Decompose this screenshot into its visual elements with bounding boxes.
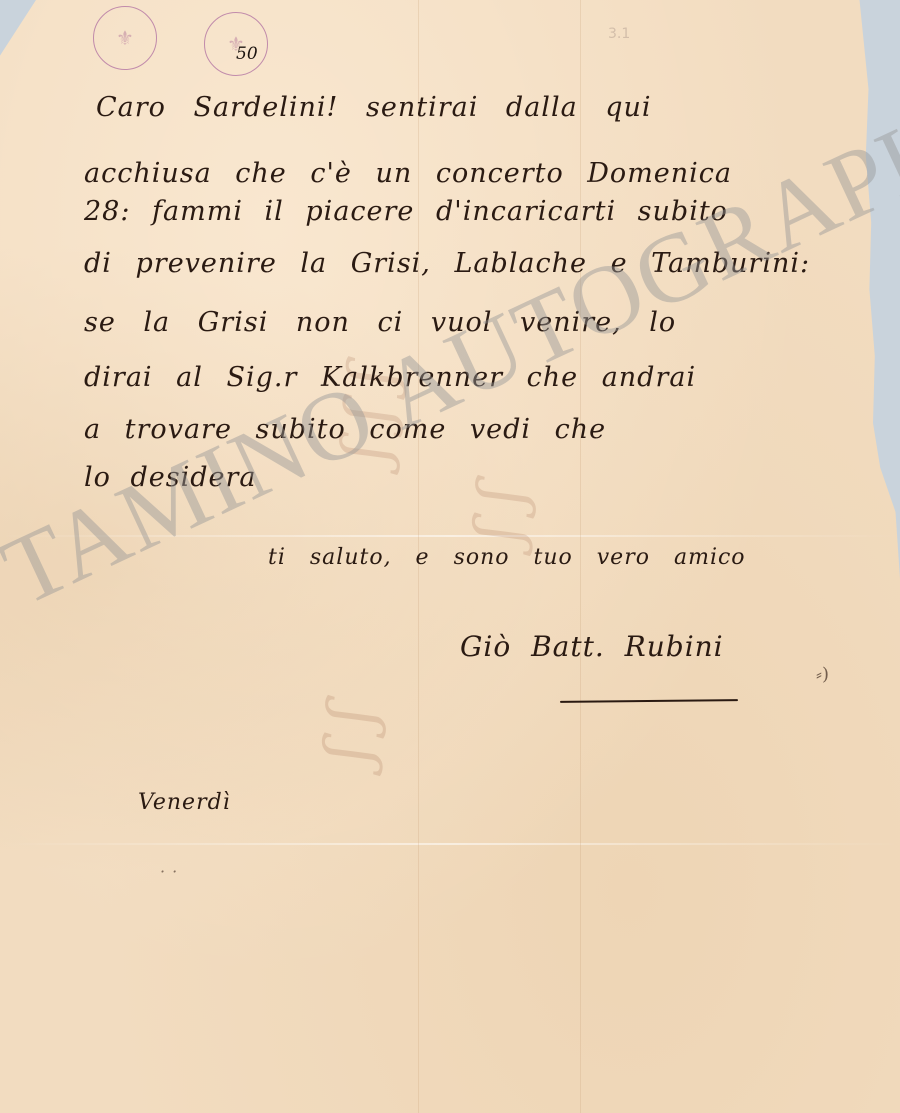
letter-line: se la Grisi non ci vuol venire, lo <box>84 307 676 338</box>
letter-line: Caro Sardelini! sentirai dalla qui <box>96 92 652 123</box>
document-scan: ʃ ʃ ʃ ʃ ʃ ʃ ʃ ⚜ ⚜ 50 3.1 Caro Sardelini!… <box>0 0 900 1113</box>
letter-line: di prevenire la Grisi, Lablache e Tambur… <box>84 248 810 279</box>
letter-line: acchiusa che c'è un concerto Domenica <box>84 158 732 189</box>
page-number: 50 <box>236 44 258 64</box>
ink-bleed-through: ʃ ʃ <box>318 706 397 767</box>
letter-closing: ti saluto, e sono tuo vero amico <box>268 545 746 570</box>
ink-dots: · · <box>160 862 178 881</box>
letter-line: 28: fammi il piacere d'incaricarti subit… <box>84 196 728 227</box>
ink-bleed-through: ʃ ʃ <box>468 486 547 547</box>
day-of-week: Venerdì <box>138 790 231 815</box>
letter-line: lo desidera <box>84 462 257 493</box>
signature-flourish: ⸗) <box>816 664 829 685</box>
stamp-glyph: ⚜ <box>116 26 134 50</box>
letter-line: dirai al Sig.r Kalkbrenner che andrai <box>84 362 696 393</box>
pencil-notation: 3.1 <box>608 26 630 42</box>
paper-fold-line <box>0 843 900 845</box>
archival-stamp-icon: ⚜ <box>93 6 157 70</box>
paper-fold-line <box>0 535 900 537</box>
signature: Giò Batt. Rubini <box>460 630 724 663</box>
letter-line: a trovare subito come vedi che <box>84 414 606 445</box>
